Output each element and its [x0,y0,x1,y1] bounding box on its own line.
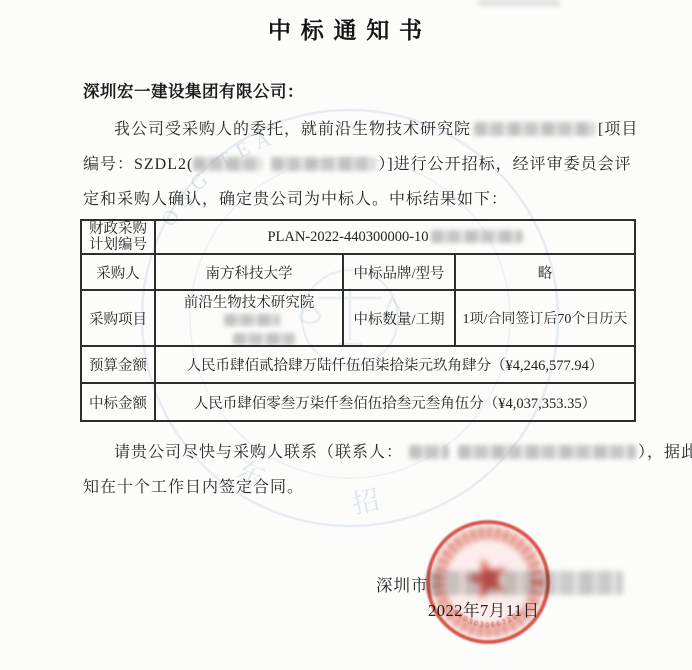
budget-value: 人民币肆佰贰拾肆万陆仟伍佰柒拾柒元玖角肆分（¥4,246,577.94） [155,346,635,383]
closing-line-1-text: 请贵公司尽快与采购人联系（联系人： [114,444,403,461]
award-amount-label: 中标金额 [81,383,155,421]
body-line-1: 我公司受采购人的委托，就前沿生物技术研究院[项目 [83,116,638,139]
redacted-project-number-1 [193,157,262,171]
plan-number-value: PLAN-2022-440300000-10 [155,220,635,254]
redacted-plan-number [431,230,523,243]
redacted-contact-phone [458,445,636,459]
table-row-award-amount: 中标金额 人民币肆佰零叁万柒仟叁佰伍拾叁元叁角伍分（¥4,037,353.35） [81,383,635,421]
table-row-project: 采购项目 前沿生物技术研究院 中标数量/工期 1项/合同签订后70个日历天 [81,290,635,346]
body-line-2-tail: ）]进行公开招标，经评审委员会评 [378,156,631,173]
closing-line-1: 请贵公司尽快与采购人联系（联系人：），据此通 [83,439,692,462]
award-amount-value: 人民币肆佰零叁万柒仟叁佰伍拾叁元叁角伍分（¥4,037,353.35） [155,383,635,421]
table-row-plan-number: 财政采购 计划编号 PLAN-2022-440300000-10 [81,220,635,254]
page-title: 中 标 通 知 书 [0,12,692,45]
brand-model-label: 中标品牌/型号 [343,254,455,290]
closing-line-2: 知在十个工作日内签定合同。 [83,474,304,497]
redacted-project-number-2 [271,157,375,171]
brand-model-value: 略 [455,254,635,290]
redacted-project-suffix-line2 [233,333,295,345]
addressee-company: 深圳宏一建设集团有限公司： [83,78,304,102]
quantity-duration-value: 1项/合同签订后70个日历天 [455,290,635,346]
redacted-project-suffix [224,314,280,326]
award-result-table: 财政采购 计划编号 PLAN-2022-440300000-10 采购人 南方科… [80,219,636,422]
body-line-1-text: 我公司受采购人的委托，就前沿生物技术研究院 [114,121,471,138]
award-notice-document: ONG TEA 东 招 标 中 标 通 知 书 深圳宏一建设集团有限公司： 我公… [0,0,692,670]
project-value: 前沿生物技术研究院 [155,290,343,346]
purchaser-value: 南方科技大学 [155,254,343,290]
body-line-1-tail: [项目 [598,121,638,138]
body-line-2: 编号：SZDL2(）]进行公开招标，经评审委员会评 [83,151,632,174]
closing-line-1-tail: ），据此通 [638,444,692,461]
purchaser-label: 采购人 [81,254,155,290]
redacted-contact-name [409,445,449,459]
plan-number-label: 财政采购 计划编号 [81,220,155,254]
table-row-purchaser: 采购人 南方科技大学 中标品牌/型号 略 [81,254,635,290]
table-row-budget: 预算金额 人民币肆佰贰拾肆万陆仟伍佰柒拾柒元玖角肆分（¥4,246,577.94… [81,346,635,383]
body-line-2-text: 编号：SZDL2( [83,156,193,173]
redacted-project-name [474,122,595,136]
budget-label: 预算金额 [81,346,155,383]
project-label: 采购项目 [81,290,155,346]
official-seal: 4403030667201 [421,517,555,651]
body-line-3: 定和采购人确认，确定贵公司为中标人。中标结果如下： [83,186,508,209]
quantity-duration-label: 中标数量/工期 [343,290,455,346]
